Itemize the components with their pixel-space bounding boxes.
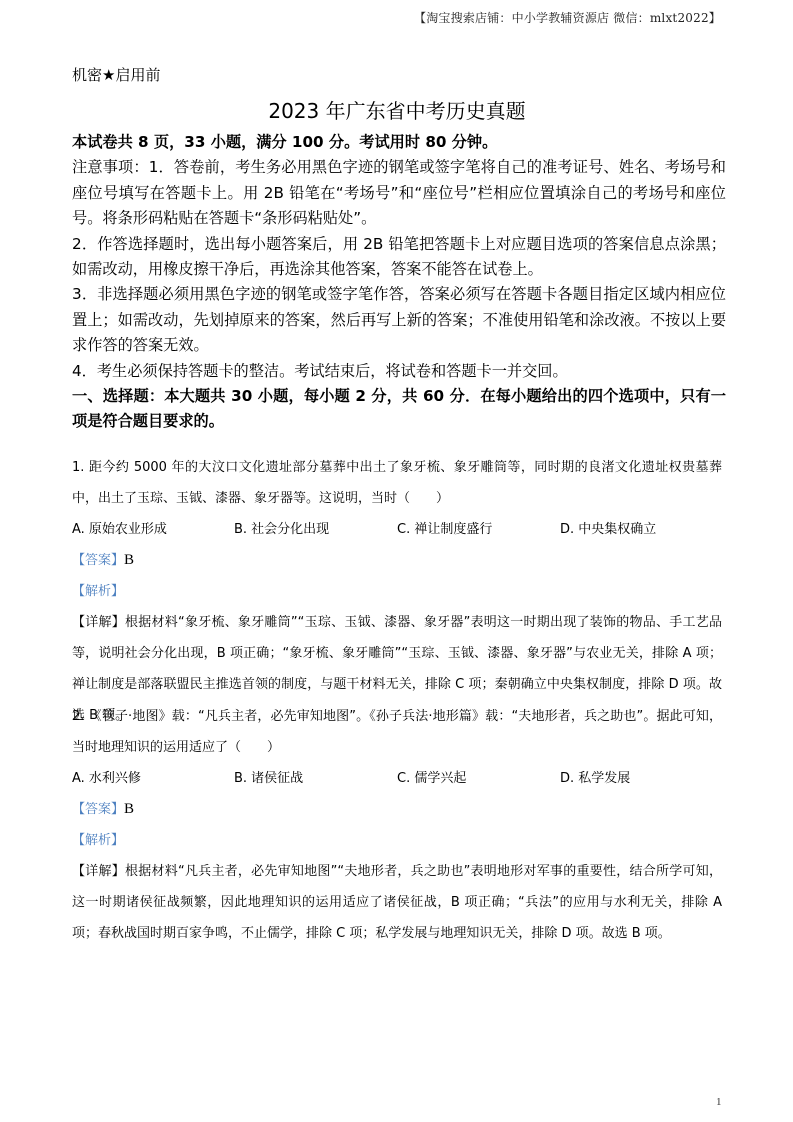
question-options: A. 水利兴修 B. 诸侯征战 C. 儒学兴起 D. 私学发展 bbox=[72, 763, 722, 794]
answer-line: 【答案】B bbox=[72, 545, 722, 576]
confidential-mark: 机密★启用前 bbox=[72, 64, 160, 85]
notice-item-1: 注意事项：1．答卷前，考生务必用黑色字迹的钢笔或签字笔将自己的准考证号、姓名、考… bbox=[72, 155, 726, 231]
option-b: B. 诸侯征战 bbox=[234, 763, 397, 794]
option-a: A. 水利兴修 bbox=[72, 763, 234, 794]
answer-label: 【答案】 bbox=[72, 553, 124, 568]
option-d: D. 私学发展 bbox=[560, 763, 630, 794]
header-watermark-note: 【淘宝搜索店铺：中小学教辅资源店 微信：mlxt2022】 bbox=[414, 9, 721, 26]
question-stem: 2. 《管子·地图》载：“凡兵主者，必先审知地图”。《孙子兵法·地形篇》载：“夫… bbox=[72, 701, 722, 763]
exam-summary: 本试卷共 8 页，33 小题，满分 100 分。考试用时 80 分钟。 bbox=[72, 130, 726, 155]
option-a: A. 原始农业形成 bbox=[72, 514, 234, 545]
analysis-label: 【解析】 bbox=[72, 825, 722, 856]
question-2: 2. 《管子·地图》载：“凡兵主者，必先审知地图”。《孙子兵法·地形篇》载：“夫… bbox=[72, 701, 722, 949]
option-b: B. 社会分化出现 bbox=[234, 514, 397, 545]
question-options: A. 原始农业形成 B. 社会分化出现 C. 禅让制度盛行 D. 中央集权确立 bbox=[72, 514, 722, 545]
exam-notice: 本试卷共 8 页，33 小题，满分 100 分。考试用时 80 分钟。 注意事项… bbox=[72, 130, 726, 435]
question-stem: 1. 距今约 5000 年的大汶口文化遗址部分墓葬中出土了象牙梳、象牙雕筒等，同… bbox=[72, 452, 722, 514]
notice-item-2: 2．作答选择题时，选出每小题答案后，用 2B 铅笔把答题卡上对应题目选项的答案信… bbox=[72, 232, 726, 283]
question-1: 1. 距今约 5000 年的大汶口文化遗址部分墓葬中出土了象牙梳、象牙雕筒等，同… bbox=[72, 452, 722, 731]
page-title: 2023 年广东省中考历史真题 bbox=[72, 95, 722, 124]
analysis-label: 【解析】 bbox=[72, 576, 722, 607]
section-heading-choice: 一、选择题：本大题共 30 小题，每小题 2 分，共 60 分．在每小题给出的四… bbox=[72, 384, 726, 435]
option-d: D. 中央集权确立 bbox=[560, 514, 656, 545]
answer-value: B bbox=[124, 552, 134, 568]
notice-item-3: 3．非选择题必须用黑色字迹的钢笔或签字笔作答，答案必须写在答题卡各题目指定区域内… bbox=[72, 282, 726, 358]
notice-item-4: 4．考生必须保持答题卡的整洁。考试结束后，将试卷和答题卡一并交回。 bbox=[72, 359, 726, 384]
option-c: C. 儒学兴起 bbox=[397, 763, 560, 794]
page-number: 1 bbox=[716, 1096, 722, 1108]
option-c: C. 禅让制度盛行 bbox=[397, 514, 560, 545]
detail-explanation: 【详解】根据材料“凡兵主者，必先审知地图”“夫地形者，兵之助也”表明地形对军事的… bbox=[72, 856, 722, 949]
answer-line: 【答案】B bbox=[72, 794, 722, 825]
answer-label: 【答案】 bbox=[72, 802, 124, 817]
answer-value: B bbox=[124, 801, 134, 817]
